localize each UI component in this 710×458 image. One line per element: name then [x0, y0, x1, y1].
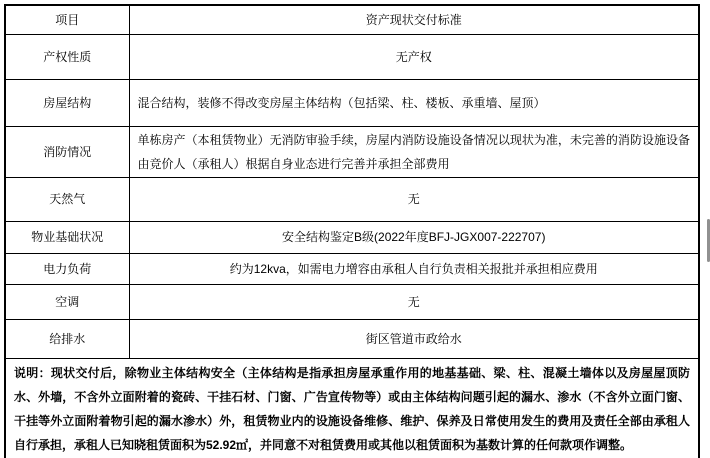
- table-row-power-load: 电力负荷 约为12kva，如需电力增容由承租人自行负责相关报批并承担相应费用: [5, 253, 699, 284]
- header-standard-cell: 资产现状交付标准: [129, 5, 699, 34]
- row-label-property-rights: 产权性质: [5, 34, 129, 79]
- row-value-power-load: 约为12kva，如需电力增容由承租人自行负责相关报批并承担相应费用: [129, 253, 699, 284]
- asset-delivery-table: 项目 资产现状交付标准 产权性质 无产权 房屋结构 混合结构，装修不得改变房屋主…: [4, 4, 700, 458]
- table-note-row: 说明：现状交付后，除物业主体结构安全（主体结构是指承担房屋承重作用的地基基础、梁…: [5, 358, 699, 458]
- row-value-property-rights: 无产权: [129, 34, 699, 79]
- row-value-property-condition: 安全结构鉴定B级(2022年度BFJ-JGX007-222707): [129, 221, 699, 253]
- table-row-property-condition: 物业基础状况 安全结构鉴定B级(2022年度BFJ-JGX007-222707): [5, 221, 699, 253]
- row-label-building-structure: 房屋结构: [5, 79, 129, 126]
- table-row-air-conditioning: 空调 无: [5, 284, 699, 319]
- table-row-water-supply: 给排水 街区管道市政给水: [5, 319, 699, 358]
- asset-delivery-page: 项目 资产现状交付标准 产权性质 无产权 房屋结构 混合结构，装修不得改变房屋主…: [0, 0, 710, 458]
- row-label-natural-gas: 天然气: [5, 177, 129, 221]
- row-label-fire-safety: 消防情况: [5, 126, 129, 177]
- row-label-power-load: 电力负荷: [5, 253, 129, 284]
- row-label-property-condition: 物业基础状况: [5, 221, 129, 253]
- table-header-row: 项目 资产现状交付标准: [5, 5, 699, 34]
- row-value-air-conditioning: 无: [129, 284, 699, 319]
- row-value-water-supply: 街区管道市政给水: [129, 319, 699, 358]
- table-row-fire-safety: 消防情况 单栋房产（本租赁物业）无消防审验手续，房屋内消防设施设备情况以现状为准…: [5, 126, 699, 177]
- table-row-building-structure: 房屋结构 混合结构，装修不得改变房屋主体结构（包括梁、柱、楼板、承重墙、屋顶）: [5, 79, 699, 126]
- row-label-water-supply: 给排水: [5, 319, 129, 358]
- row-label-air-conditioning: 空调: [5, 284, 129, 319]
- row-value-fire-safety: 单栋房产（本租赁物业）无消防审验手续，房屋内消防设施设备情况以现状为准，未完善的…: [129, 126, 699, 177]
- note-text: 说明：现状交付后，除物业主体结构安全（主体结构是指承担房屋承重作用的地基基础、梁…: [5, 358, 699, 458]
- table-row-natural-gas: 天然气 无: [5, 177, 699, 221]
- row-value-natural-gas: 无: [129, 177, 699, 221]
- row-value-building-structure: 混合结构，装修不得改变房屋主体结构（包括梁、柱、楼板、承重墙、屋顶）: [129, 79, 699, 126]
- header-item-cell: 项目: [5, 5, 129, 34]
- table-row-property-rights: 产权性质 无产权: [5, 34, 699, 79]
